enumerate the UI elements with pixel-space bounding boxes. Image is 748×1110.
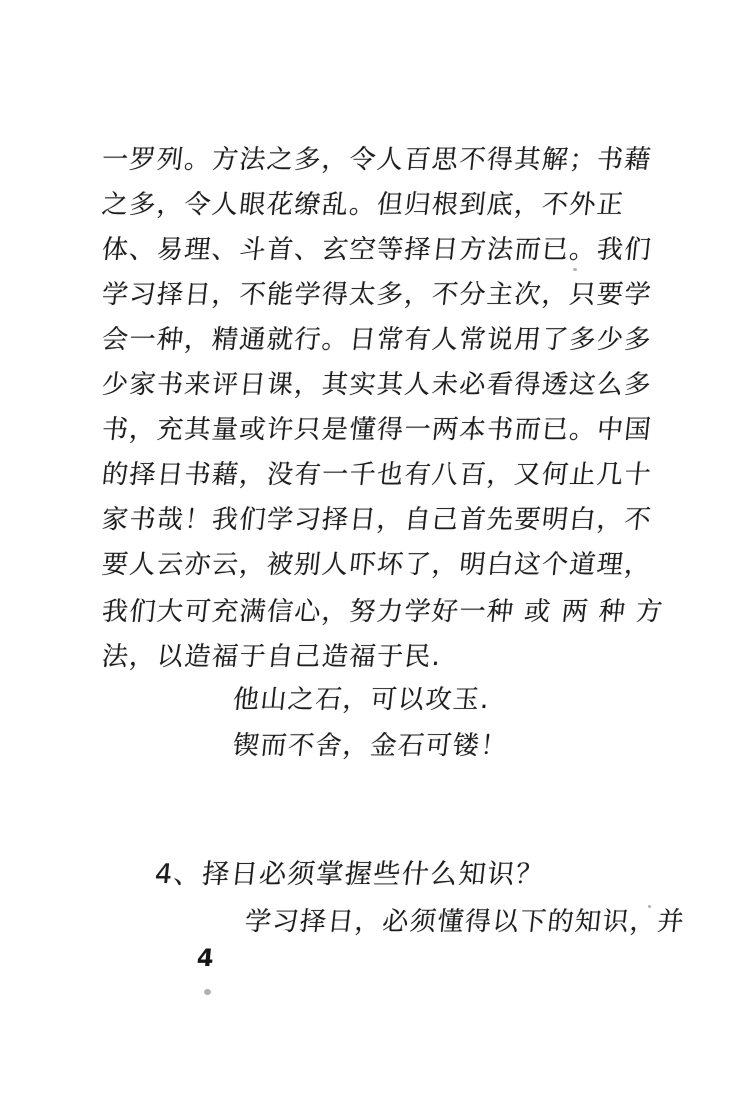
text-line: 学习择日，不能学得太多，不分主次，只要学: [100, 275, 654, 315]
text-line: 体、易理、斗首、玄空等择日方法而已。我们: [100, 230, 654, 270]
text-line: 一罗列。方法之多，令人百思不得其解；书藉: [100, 140, 654, 180]
text-line: 会一种，精通就行。日常有人常说用了多少多: [100, 320, 654, 360]
page-number: 4: [196, 944, 215, 972]
text-line: 家书哉！我们学习择日，自己首先要明白，不: [100, 500, 654, 540]
text-line: 我们大可充满信心，努力学好一种 或 两 种 方: [100, 592, 666, 632]
ink-speck: [573, 268, 577, 271]
ink-speck: [648, 905, 651, 908]
ink-speck: [204, 989, 211, 995]
text-line: 之多，令人眼花缭乱。但归根到底，不外正: [100, 185, 627, 225]
aphorism-line: 他山之石，可以攻玉.: [231, 680, 492, 720]
scanned-book-page: 一罗列。方法之多，令人百思不得其解；书藉 之多，令人眼花缭乱。但归根到底，不外正…: [0, 0, 748, 1110]
text-line: 书，充其量或许只是懂得一两本书而已。中国: [100, 410, 654, 450]
text-line: 法，以造福于自己造福于民.: [100, 637, 444, 677]
text-line: 的择日书藉，没有一千也有八百，又何止几十: [100, 455, 654, 495]
text-line: 少家书来评日课，其实其人未必看得透这么多: [100, 365, 654, 405]
aphorism-line: 锲而不舍，金石可镂！: [231, 726, 510, 766]
section-heading: 4、择日必须掌握些什么知识？: [153, 855, 546, 895]
text-line: 要人云亦云，被别人吓坏了，明白这个道理，: [100, 545, 654, 585]
section-first-line: 学习择日，必须懂得以下的知识，并: [243, 902, 687, 942]
